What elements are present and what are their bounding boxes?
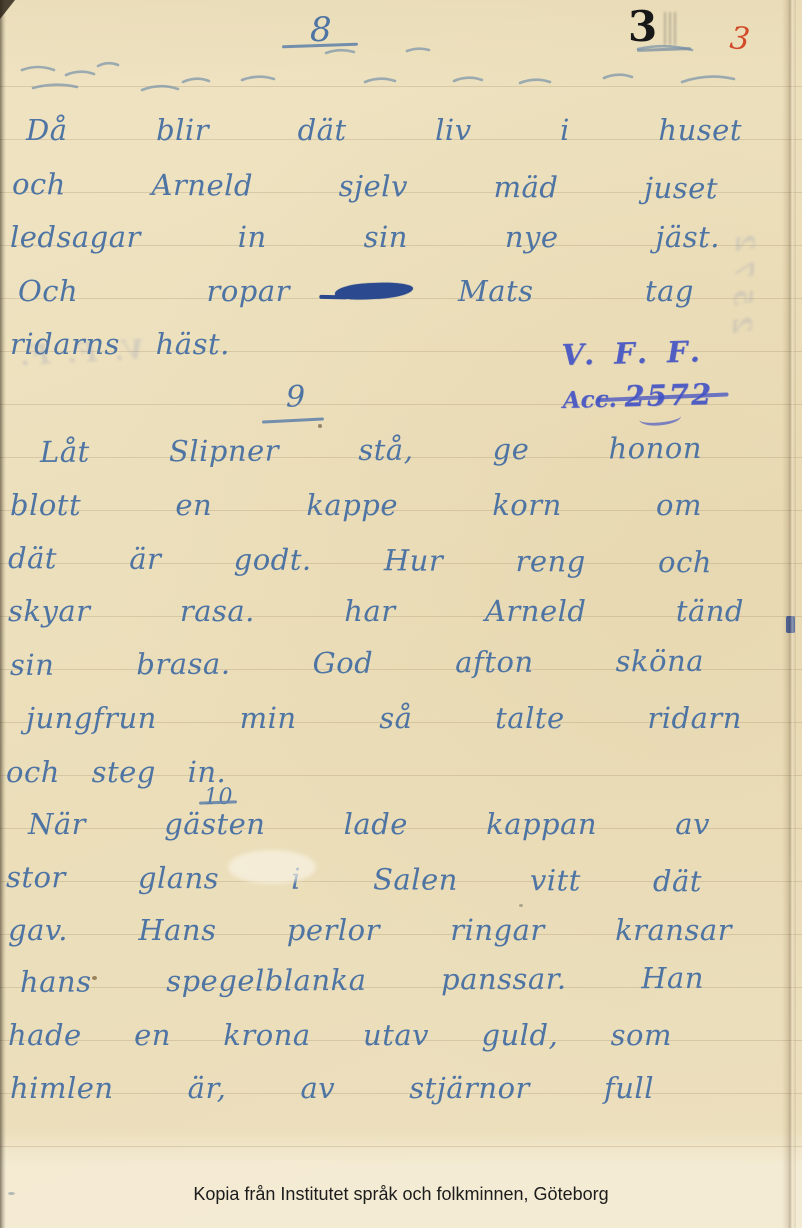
section-number: 9	[286, 376, 306, 420]
handwriting-line: hansspegelblankapanssar.Han	[20, 956, 704, 1004]
handwriting-line: skyarrasa.harArneldtänd	[8, 589, 744, 633]
handwriting-line: ridarns häst.	[10, 322, 230, 366]
ink-strikeout-blob	[335, 281, 414, 301]
handwriting-line: dätärgodt.Hurrengoch	[8, 536, 712, 584]
corner-shadow	[0, 0, 15, 19]
ink-bleed-ghost: 2572	[727, 223, 760, 334]
paper-speck	[92, 976, 97, 980]
page-number-stamped: 3	[628, 6, 657, 48]
page-fold-right	[782, 0, 796, 1228]
handwriting-line: Närgästenladekappanav	[28, 802, 710, 846]
handwriting-line: gav.Hansperlorringarkransar	[8, 908, 732, 952]
handwriting-line: Ochropar Matstag	[18, 269, 694, 313]
handwriting-line: hadeenkronautavguld,som	[8, 1013, 672, 1057]
handwriting-line: blottenkappekornom	[10, 483, 702, 527]
handwriting-line: storglansiSalenvittdät	[6, 855, 702, 903]
handwriting-line: himlenär,avstjärnorfull	[10, 1066, 654, 1110]
handwriting-line: Dåblirdätlivihuset	[26, 108, 742, 152]
archive-caption: Kopia från Institutet språk och folkminn…	[0, 1184, 802, 1205]
handwriting-line: LåtSlipnerstå,gehonon	[40, 426, 702, 474]
paper-speck	[519, 904, 523, 907]
handwriting-line: jungfrunminsåtalteridarn	[26, 696, 742, 740]
handwriting-line: ochArneldsjelvmädjuset	[12, 162, 718, 210]
page-number-red: 3	[728, 23, 751, 56]
page-edge-left	[0, 0, 6, 1228]
erased-word-smudge	[228, 850, 316, 884]
paper-speck	[318, 424, 322, 428]
handwriting-line: och steg in.	[6, 750, 226, 794]
handwriting-line: ledsagarinsinnyejäst.	[10, 215, 720, 259]
manuscript-page: 8 3 3 V. F. F. 2572 Dåblirdätlivihuset o…	[0, 0, 802, 1228]
archive-stamp: V. F. F. Acc. 2572	[561, 334, 714, 415]
handwriting-line: sinbrasa.Godaftonsköna	[10, 639, 704, 687]
stamp-initials: V. F. F.	[561, 334, 712, 372]
ink-smudge	[664, 12, 677, 45]
